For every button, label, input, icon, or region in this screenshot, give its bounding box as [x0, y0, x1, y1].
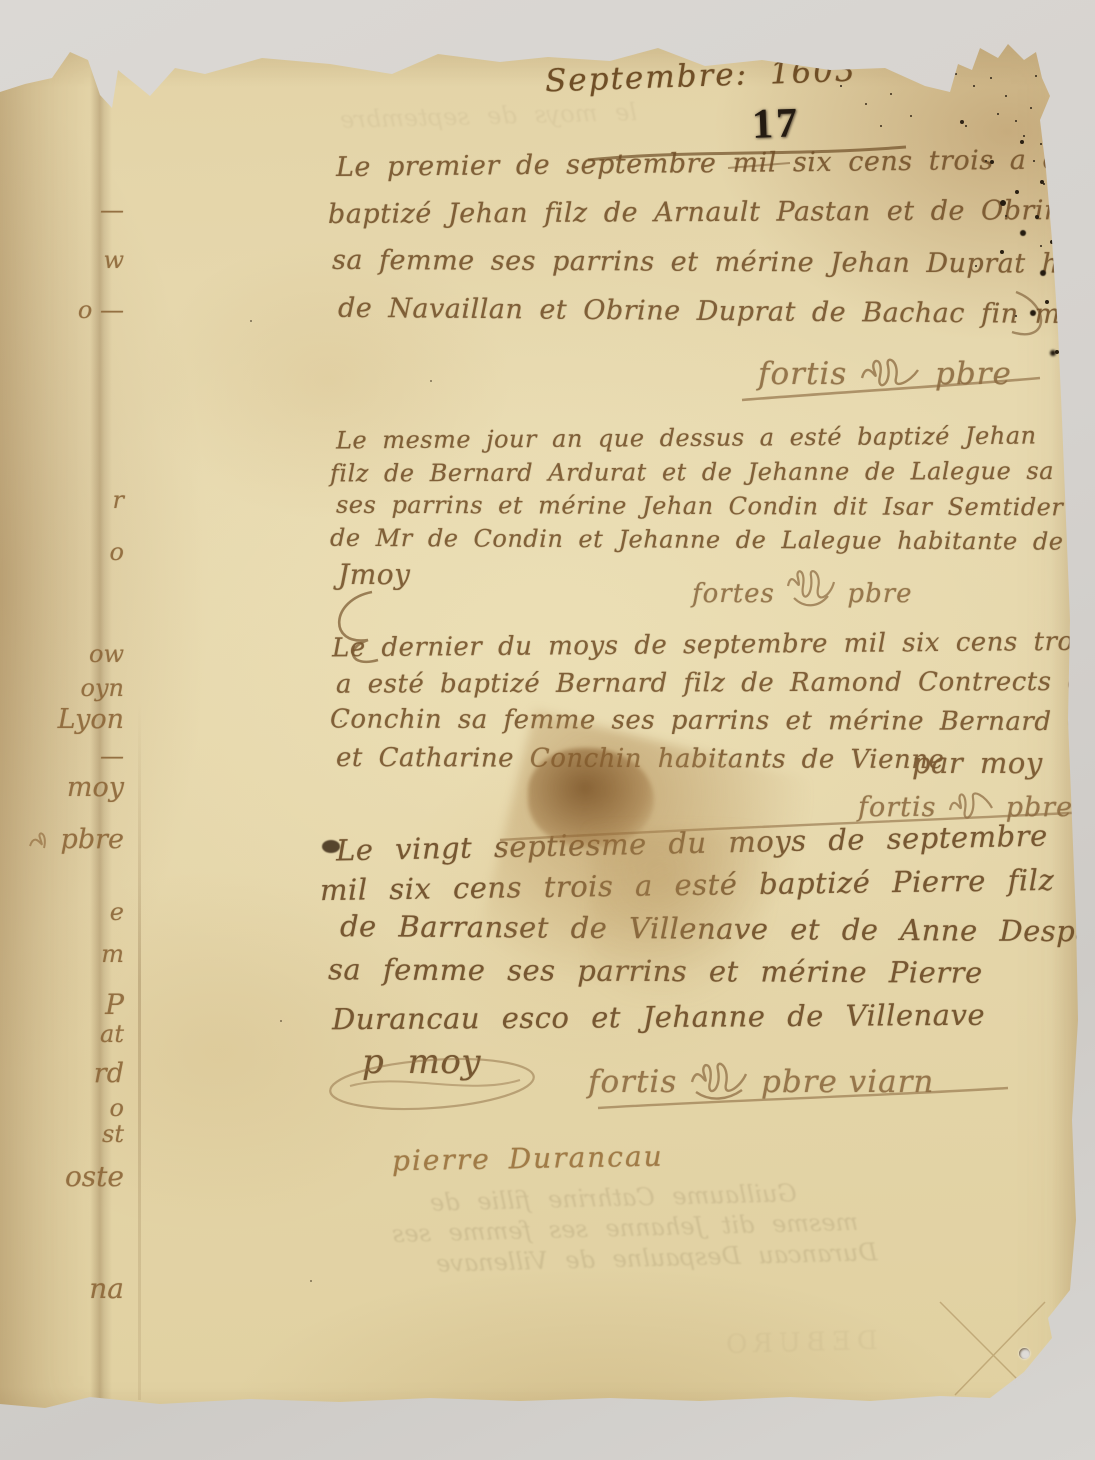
signature-name: fortis [588, 1064, 677, 1100]
margin-fragment: r [113, 486, 124, 514]
margin-fragment: P [105, 988, 124, 1021]
signature-name: fortis [758, 356, 847, 392]
manuscript-page: — w o — r o ow oyn Lyon — moy pbre e m P… [0, 0, 1095, 1460]
entry-line: Le dernier du moys de septembre mil six … [332, 627, 1095, 664]
margin-fragment: ow [89, 640, 124, 668]
margin-fragment: oste [65, 1160, 124, 1193]
margin-fragment: oyn [81, 674, 124, 702]
margin-fragment: Lyon [58, 704, 124, 735]
entry-line: sa femme ses parrins et mérine Jehan Dup… [332, 245, 1095, 280]
signature-paraph-icon [946, 786, 996, 824]
entry-line: Durancau esco et Jehanne de Villenave [332, 998, 985, 1037]
entry-closing: par moy [912, 746, 1043, 780]
signature-title: pbre [847, 579, 912, 609]
facing-page-fragments: — w o — r o ow oyn Lyon — moy pbre e m P… [0, 0, 152, 1460]
entry-line: et Catharine Conchin habitants de Vienne [336, 743, 945, 775]
signature-title: pbre viarn [761, 1064, 934, 1100]
priest-signature-2: fortes pbre [692, 564, 913, 610]
entry-line: Le premier de septembre mil six cens tro… [336, 144, 1095, 183]
margin-fragment: moy [67, 772, 124, 803]
pin-hole [1082, 1418, 1087, 1423]
margin-fragment: na [89, 1272, 124, 1305]
entry-line: de Barranset de Villenave et de Anne Des… [340, 909, 1095, 949]
entry-closing: p moy [362, 1042, 481, 1082]
ink-speck [840, 85, 842, 87]
margin-fragment: at [100, 1020, 124, 1048]
margin-fragment: — [100, 742, 124, 770]
margin-fragment: st [102, 1120, 124, 1148]
page-number-stamp: 17 [751, 99, 801, 149]
entry-line: Jmoy [338, 558, 410, 591]
entry-line: mil six cens trois a esté baptizé Pierre… [320, 863, 1055, 907]
margin-fragment: — [100, 196, 124, 224]
entry-line: Conchin sa femme ses parrins et mérine B… [330, 704, 1095, 737]
month-heading: Septembre: 1603 [544, 53, 857, 100]
photograph-background: — w o — r o ow oyn Lyon — moy pbre e m P… [0, 0, 1095, 1460]
signature-paraph-icon [784, 564, 838, 610]
margin-fragment: e [110, 898, 124, 926]
priest-signature-4: fortis pbre viarn [588, 1056, 934, 1100]
bleedthrough-text: le moys de septembre [340, 98, 638, 134]
entry-line: a esté baptizé Bernard filz de Ramond Co… [336, 666, 1095, 699]
pin-hole [1076, 1341, 1082, 1347]
signature-name: fortes [692, 579, 775, 609]
entry-line: Le vingt septiesme du moys de septembre [336, 819, 1048, 868]
entry-line: ses parrins et mérine Jehan Condin dit I… [336, 491, 1063, 522]
ink-speck [250, 320, 252, 322]
ink-spatter [1000, 200, 1006, 206]
ink-spatter [945, 65, 947, 67]
margin-fragment: w [103, 246, 124, 274]
priest-signature-1: fortis pbre [758, 352, 1012, 392]
bleedthrough-stamp: DEBURO [720, 1326, 878, 1360]
corner-crease [940, 1302, 1045, 1395]
entry-line: filz de Bernard Ardurat et de Jehanne de… [330, 457, 1095, 488]
margin-fragment: o [110, 538, 124, 566]
signature-name: fortis [858, 792, 937, 823]
signature-paraph-icon [688, 1056, 750, 1100]
margin-fragment: o [110, 1094, 124, 1122]
margin-fragment: pbre [61, 824, 124, 855]
entry-line: de Navaillan et Obrine Duprat de Bachac … [338, 293, 1094, 331]
margin-fragment: o — [78, 296, 124, 324]
worm-hole [1019, 1348, 1030, 1359]
ink-spatter [960, 120, 964, 124]
entry-line: de Mr de Condin et Jehanne de Lalegue ha… [330, 524, 1095, 556]
margin-fragment: rd [94, 1058, 124, 1089]
signature-title: pbre [935, 356, 1012, 392]
entry-line: sa femme ses parrins et mérine Pierre [328, 952, 983, 989]
bottom-signature: pierre Durancau [392, 1140, 664, 1178]
signature-paraph-icon [858, 352, 924, 392]
margin-fragment: m [101, 940, 124, 968]
entry-line: Le mesme jour an que dessus a esté bapti… [336, 422, 1037, 455]
entry-line: baptizé Jehan filz de Arnault Pastan et … [328, 195, 1079, 230]
